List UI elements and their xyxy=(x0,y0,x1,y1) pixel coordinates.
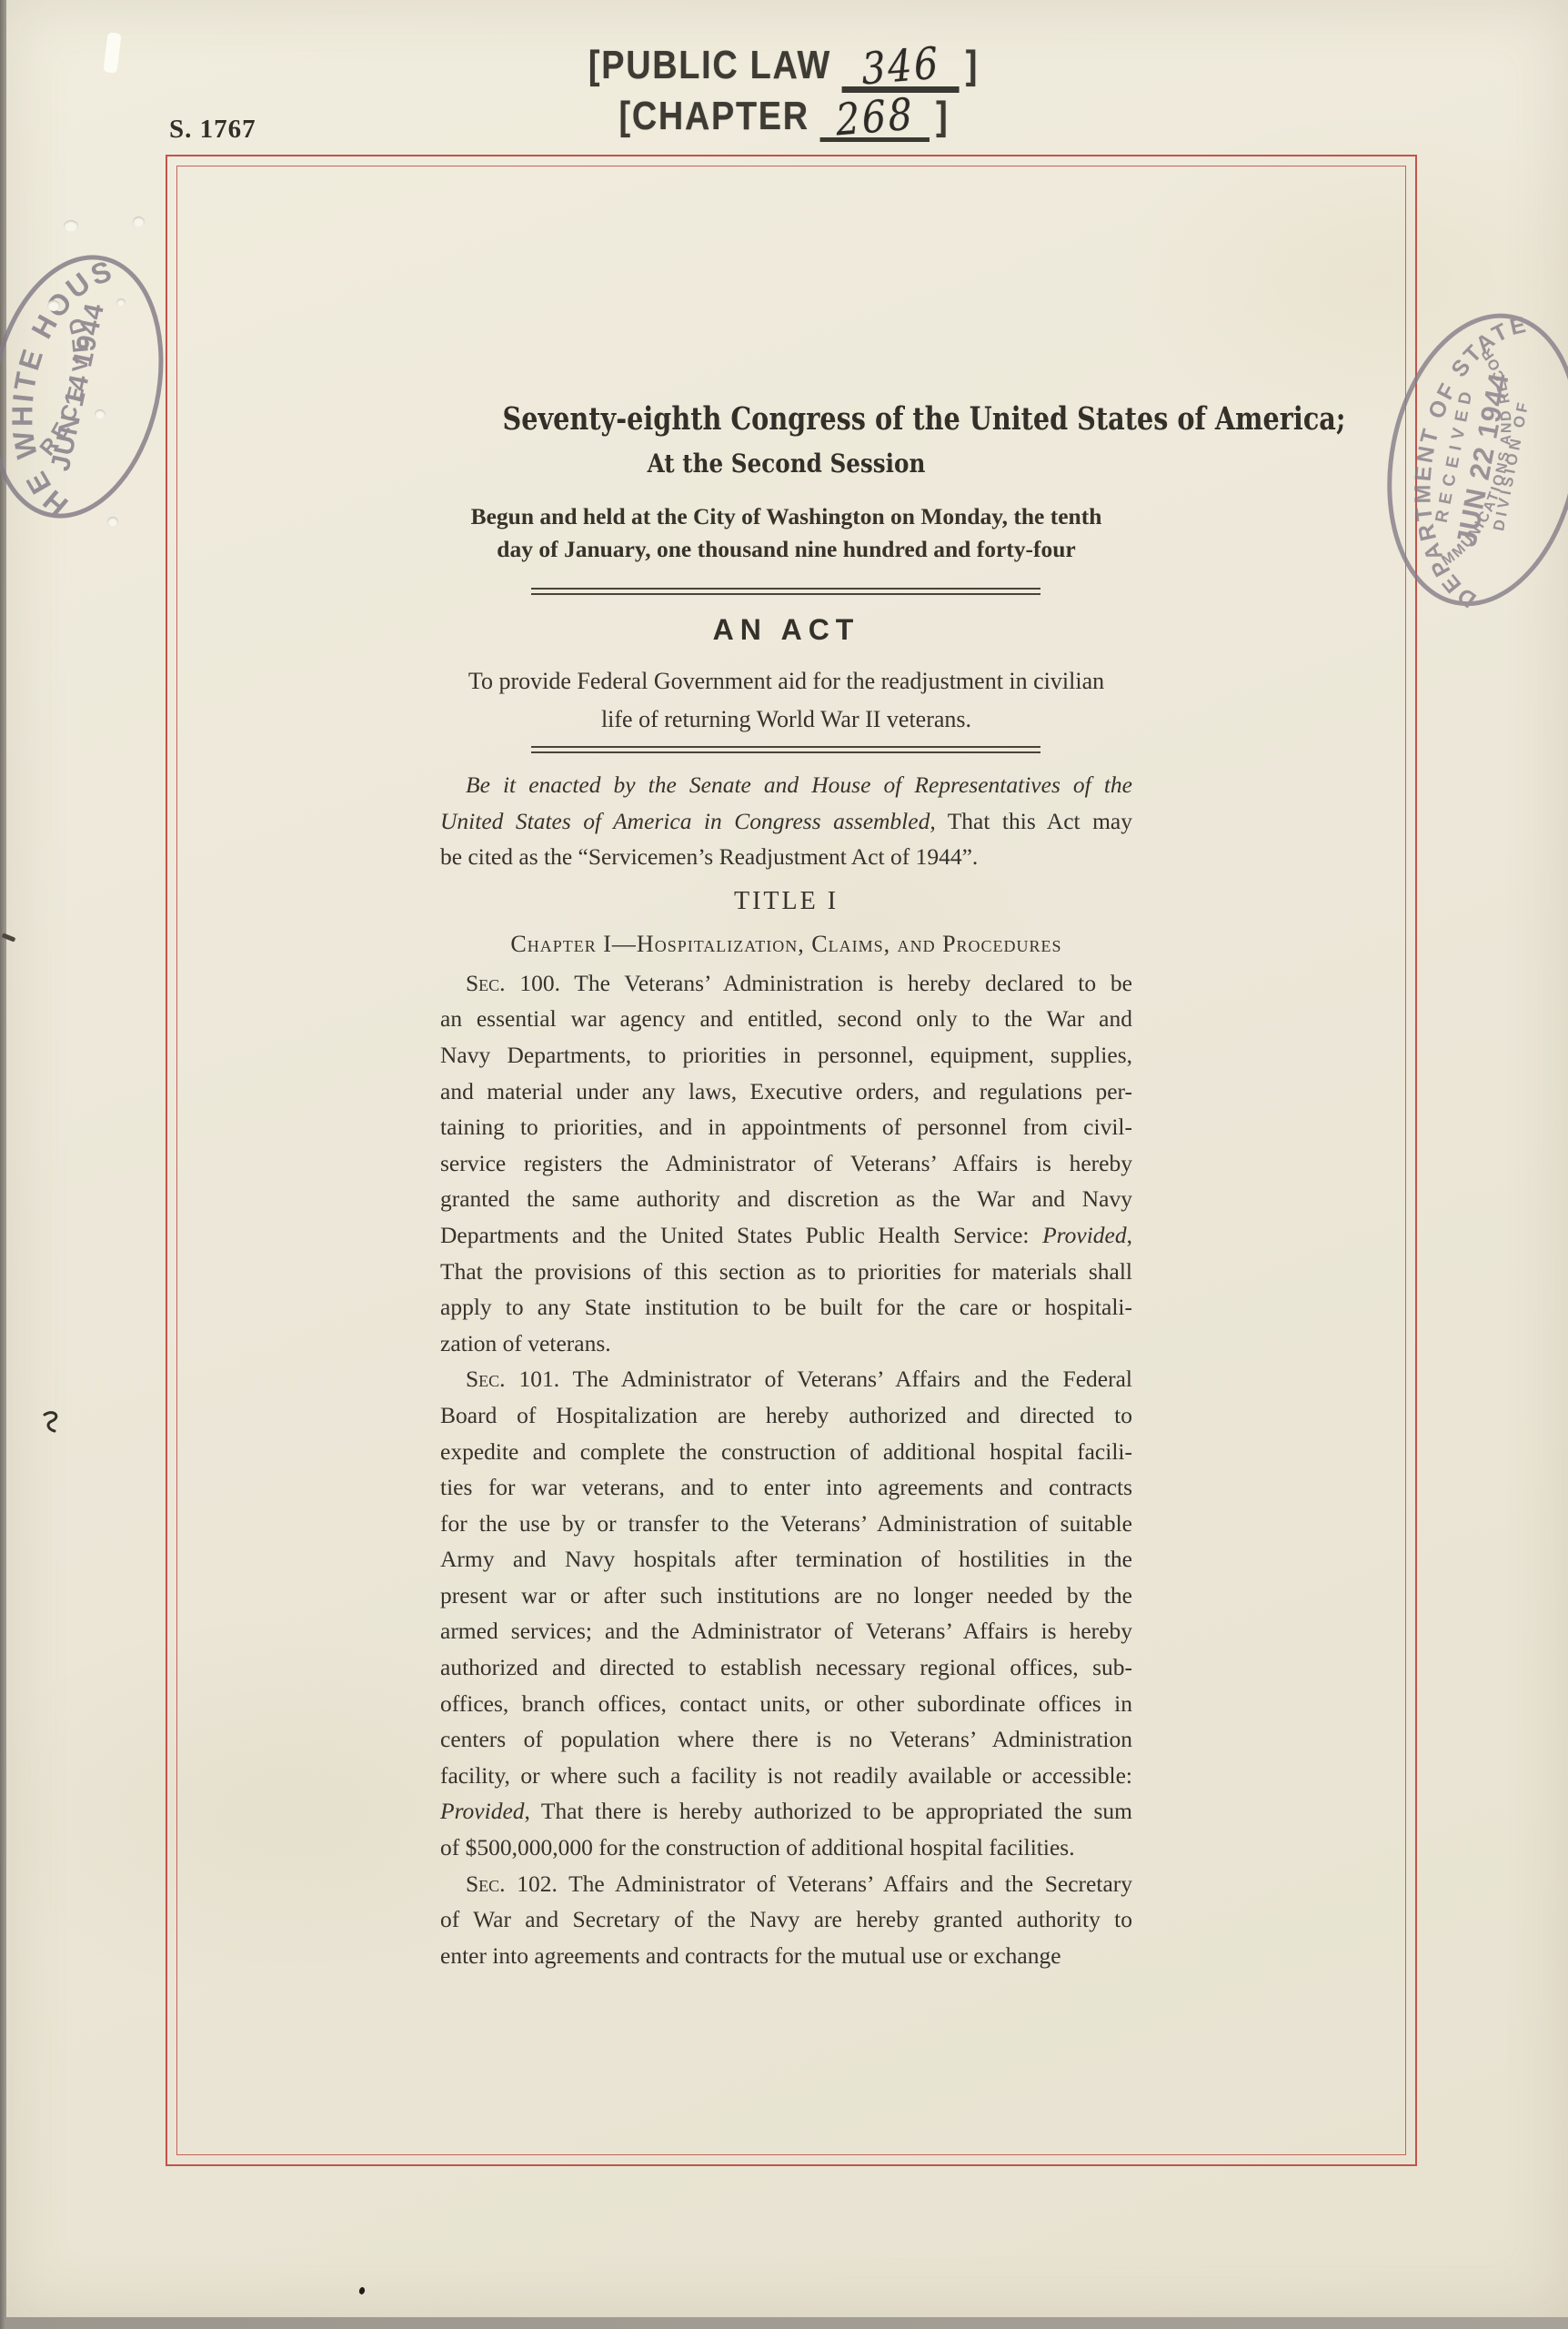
water-drop-mark xyxy=(64,220,78,232)
text-segment: apply to any State institution to be bui… xyxy=(440,1294,1132,1320)
body-line: Army and Navy hospitals after terminatio… xyxy=(440,1541,1132,1578)
text-segment: Navy Departments, to priorities in perso… xyxy=(440,1042,1132,1068)
body-line: authorized and directed to establish nec… xyxy=(440,1649,1132,1686)
body-line: armed services; and the Administrator of… xyxy=(440,1613,1132,1649)
body-line: present war or after such institutions a… xyxy=(440,1578,1132,1614)
act-purpose: To provide Federal Government aid for th… xyxy=(440,662,1132,739)
double-rule-top xyxy=(531,588,1040,595)
text-segment: be cited as the “Servicemen’s Readjustme… xyxy=(440,843,978,870)
body-line: Sec. 100. The Veterans’ Administration i… xyxy=(440,965,1132,1002)
body-line: of War and Secretary of the Navy are her… xyxy=(440,1901,1132,1938)
text-segment: for the use by or transfer to the Vetera… xyxy=(440,1510,1132,1537)
chapter-text: [CHAPTER268] xyxy=(619,93,950,142)
body-line: service registers the Administrator of V… xyxy=(440,1145,1132,1182)
body-line: Sec. 101. The Administrator of Veterans’… xyxy=(440,1361,1132,1397)
text-segment: 101. The Administrator of Veterans’ Affa… xyxy=(506,1366,1132,1392)
body-line: an essential war agency and entitled, se… xyxy=(440,1001,1132,1037)
convened-statement: Begun and held at the City of Washington… xyxy=(440,500,1132,566)
act-purpose-line-1: To provide Federal Government aid for th… xyxy=(440,662,1132,701)
body-line: Departments and the United States Public… xyxy=(440,1217,1132,1254)
text-segment: ties for war veterans, and to enter into… xyxy=(440,1474,1132,1500)
convened-line-1: Begun and held at the City of Washington… xyxy=(440,500,1132,533)
body-line: be cited as the “Servicemen’s Readjustme… xyxy=(440,839,1132,875)
text-segment: of $500,000,000 for the construction of … xyxy=(440,1834,1075,1860)
text-segment: Army and Navy hospitals after terminatio… xyxy=(440,1546,1132,1572)
body-line: Sec. 102. The Administrator of Veterans’… xyxy=(440,1866,1132,1902)
body-line: enter into agreements and contracts for … xyxy=(440,1938,1132,1974)
scanned-act-page: { "page": { "bill_number": "S. 1767", "p… xyxy=(0,0,1568,2329)
session-subtitle: At the Second Session xyxy=(482,449,1091,479)
bill-number: S. 1767 xyxy=(169,115,256,145)
text-segment: service registers the Administrator of V… xyxy=(440,1150,1132,1176)
text-segment: 100. The Veterans’ Administration is her… xyxy=(506,970,1132,996)
text-segment: centers of population where there is no … xyxy=(440,1726,1132,1752)
public-law-text: [PUBLIC LAW346] xyxy=(588,42,979,93)
chapter-number-handwritten: 268 xyxy=(835,94,916,142)
body-line: United States of America in Congress ass… xyxy=(440,803,1132,840)
text-segment: Departments and the United States Public… xyxy=(440,1222,1042,1248)
text-segment: expedite and complete the construction o… xyxy=(440,1438,1132,1465)
body-line: Chapter I—Hospitalization, Claims, and P… xyxy=(440,923,1132,965)
text-segment: an essential war agency and entitled, se… xyxy=(440,1005,1132,1032)
text-segment: offices, branch offices, contact units, … xyxy=(440,1690,1132,1717)
chapter-bracket: ] xyxy=(936,94,949,138)
text-segment: Provided xyxy=(440,1798,525,1824)
public-law-label: [PUBLIC LAW xyxy=(588,43,831,87)
text-segment: facility, or where such a facility is no… xyxy=(440,1762,1132,1789)
body-line: granted the same authority and discretio… xyxy=(440,1181,1132,1217)
text-segment: Sec. xyxy=(466,1366,506,1392)
text-segment: enter into agreements and contracts for … xyxy=(440,1942,1061,1969)
text-segment: zation of veterans. xyxy=(440,1330,611,1356)
text-segment: 102. The Administrator of Veterans’ Affa… xyxy=(506,1870,1132,1897)
body-line: Be it enacted by the Senate and House of… xyxy=(440,767,1132,803)
text-segment: Provided xyxy=(1042,1222,1127,1248)
text-segment: United States of America in Congress ass… xyxy=(440,808,936,834)
double-rule-bottom xyxy=(531,746,1040,753)
body-line: facility, or where such a facility is no… xyxy=(440,1758,1132,1794)
body-line: apply to any State institution to be bui… xyxy=(440,1289,1132,1326)
text-segment: Sec. xyxy=(466,1870,506,1897)
congress-title: Seventy-eighth Congress of the United St… xyxy=(502,400,1070,438)
text-segment: and material under any laws, Executive o… xyxy=(440,1078,1132,1104)
ink-squiggle-mark xyxy=(42,1410,62,1434)
text-segment: present war or after such institutions a… xyxy=(440,1582,1132,1608)
act-heading: Seventy-eighth Congress of the United St… xyxy=(440,400,1132,566)
body-line: offices, branch offices, contact units, … xyxy=(440,1686,1132,1722)
body-line: zation of veterans. xyxy=(440,1326,1132,1362)
act-body: Be it enacted by the Senate and House of… xyxy=(440,767,1132,1973)
text-segment: granted the same authority and discretio… xyxy=(440,1185,1132,1212)
water-drop-mark xyxy=(95,409,106,419)
body-line: Provided, That there is hereby authorize… xyxy=(440,1793,1132,1830)
body-line: ties for war veterans, and to enter into… xyxy=(440,1469,1132,1506)
public-law-line: [PUBLIC LAW346] xyxy=(0,42,1568,93)
chapter-number-underline: 268 xyxy=(820,94,930,142)
body-line: taining to priorities, and in appointmen… xyxy=(440,1109,1132,1145)
body-line: That the provisions of this section as t… xyxy=(440,1254,1132,1290)
water-drop-mark xyxy=(47,300,60,311)
text-segment: , That there is hereby authorized to be … xyxy=(525,1798,1132,1824)
text-segment: taining to priorities, and in appointmen… xyxy=(440,1114,1132,1140)
body-line: TITLE I xyxy=(440,880,1132,923)
public-law-number-handwritten: 346 xyxy=(861,43,942,91)
text-segment: That the provisions of this section as t… xyxy=(440,1258,1132,1285)
text-segment: of War and Secretary of the Navy are her… xyxy=(440,1906,1132,1932)
body-line: of $500,000,000 for the construction of … xyxy=(440,1830,1132,1866)
public-law-number-underline: 346 xyxy=(842,43,960,93)
public-law-bracket: ] xyxy=(966,43,979,87)
body-line: for the use by or transfer to the Vetera… xyxy=(440,1506,1132,1542)
text-segment: Board of Hospitalization are hereby auth… xyxy=(440,1402,1132,1428)
text-segment: TITLE I xyxy=(734,887,839,915)
chapter-label: [CHAPTER xyxy=(619,94,809,138)
body-line: centers of population where there is no … xyxy=(440,1721,1132,1758)
text-segment: Chapter I—Hospitalization, Claims, and P… xyxy=(510,931,1061,957)
body-line: Board of Hospitalization are hereby auth… xyxy=(440,1397,1132,1434)
text-segment: armed services; and the Administrator of… xyxy=(440,1618,1132,1644)
water-drop-mark xyxy=(133,217,145,227)
convened-line-2: day of January, one thousand nine hundre… xyxy=(440,533,1132,566)
an-act-title: AN ACT xyxy=(440,613,1132,647)
body-line: Navy Departments, to priorities in perso… xyxy=(440,1037,1132,1074)
act-purpose-line-2: life of returning World War II veterans. xyxy=(440,701,1132,739)
text-segment: , xyxy=(1127,1222,1132,1248)
water-drop-mark xyxy=(116,298,126,307)
text-segment: Be it enacted by the Senate and House of… xyxy=(466,771,1132,798)
text-segment: Sec. xyxy=(466,970,506,996)
body-line: expedite and complete the construction o… xyxy=(440,1434,1132,1470)
text-segment: That this Act may xyxy=(936,808,1132,834)
body-line: and material under any laws, Executive o… xyxy=(440,1074,1132,1110)
text-segment: authorized and directed to establish nec… xyxy=(440,1654,1132,1680)
water-drop-mark xyxy=(107,517,118,527)
